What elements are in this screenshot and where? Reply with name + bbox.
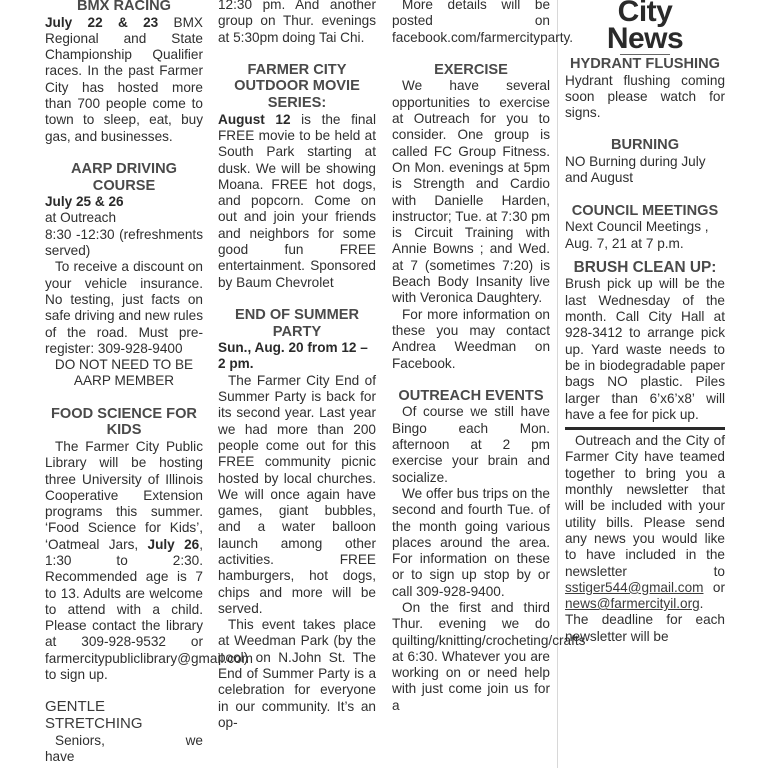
heading-gentle-stretching: GENTLE STRETCHING [45, 699, 203, 732]
stretching-continued: 12:30 pm. And another group on Thur. eve… [218, 0, 376, 46]
movie-body: August 12 is the final FREE movie to be … [218, 112, 376, 291]
article-summer-party: END OF SUMMER PARTY Sun., Aug. 20 from 1… [218, 307, 376, 731]
aarp-date: July 25 & 26 [45, 194, 203, 210]
article-newsletter: Outreach and the City of Farmer City hav… [565, 433, 725, 645]
column-4: City News HYDRANT FLUSHING Hydrant flush… [565, 0, 725, 645]
article-aarp-driving: AARP DRIVING COURSE July 25 & 26 at Outr… [45, 161, 203, 390]
newsletter-body: Outreach and the City of Farmer City hav… [565, 433, 725, 645]
article-brush-clean-up: BRUSH CLEAN UP: Brush pick up will be th… [565, 260, 725, 423]
article-bmx-racing: BMX RACING July 22 & 23 BMX Regional and… [45, 0, 203, 145]
party-date: Sun., Aug. 20 from 12 – 2 pm. [218, 340, 376, 373]
stretching-body: Seniors, we have [45, 733, 203, 766]
heading-council-meetings: COUNCIL MEETINGS [565, 203, 725, 220]
article-hydrant-flushing: HYDRANT FLUSHING Hydrant flushing coming… [565, 56, 725, 121]
city-news-title-line2: News [565, 25, 725, 52]
article-council-meetings: COUNCIL MEETINGS Next Council Meetings ,… [565, 203, 725, 252]
column-divider [557, 0, 558, 768]
column-2: 12:30 pm. And another group on Thur. eve… [218, 0, 376, 731]
heading-bmx-racing: BMX RACING [45, 0, 203, 15]
party-continued: More details will be posted on facebook.… [392, 0, 550, 46]
article-burning: BURNING NO Burning during July and Augus… [565, 137, 725, 186]
exercise-body-2: For more information on these you may co… [392, 307, 550, 372]
article-food-science: FOOD SCIENCE FOR KIDS The Farmer City Pu… [45, 406, 203, 684]
article-exercise: EXERCISE We have several opportunities t… [392, 62, 550, 372]
heading-exercise: EXERCISE [392, 62, 550, 79]
article-outreach-events: OUTREACH EVENTS Of course we still have … [392, 388, 550, 714]
aarp-time: 8:30 -12:30 (refreshments served) [45, 227, 203, 260]
article-outdoor-movie: FARMER CITY OUTDOOR MOVIE SERIES: August… [218, 62, 376, 291]
email-link-news[interactable]: news@farmercityil.org [565, 596, 700, 611]
aarp-location: at Outreach [45, 210, 203, 226]
hydrant-body: Hydrant flushing coming soon please watc… [565, 73, 725, 122]
council-body: Next Council Meetings , Aug. 7, 21 at 7 … [565, 219, 725, 252]
outreach-body-3: On the first and third Thur. evening we … [392, 600, 550, 714]
bmx-date: July 22 & 23 [45, 15, 158, 30]
outreach-body-2: We offer bus trips on the second and fou… [392, 486, 550, 600]
article-gentle-stretching: GENTLE STRETCHING Seniors, we have [45, 699, 203, 765]
newsletter-page: BMX RACING July 22 & 23 BMX Regional and… [0, 0, 768, 768]
food-science-body: The Farmer City Public Library will be h… [45, 439, 203, 683]
party-body-2: This event takes place at Weedman Park (… [218, 617, 376, 731]
email-link-sstiger[interactable]: sstiger544@gmail.com [565, 580, 703, 595]
exercise-body-1: We have several opportunities to exercis… [392, 78, 550, 306]
aarp-note: DO NOT NEED TO BE AARP MEMBER [45, 357, 203, 390]
bmx-body: July 22 & 23 BMX Regional and State Cham… [45, 15, 203, 145]
outreach-body-1: Of course we still have Bingo each Mon. … [392, 404, 550, 485]
heading-burning: BURNING [565, 137, 725, 154]
aarp-body: To receive a discount on your vehicle in… [45, 259, 203, 357]
heading-hydrant-flushing: HYDRANT FLUSHING [565, 56, 725, 73]
burning-body: NO Burning during July and August [565, 154, 725, 187]
heading-aarp-driving: AARP DRIVING COURSE [45, 161, 203, 194]
section-rule [565, 427, 725, 430]
brush-body: Brush pick up will be the last Wednesday… [565, 276, 725, 423]
column-3: More details will be posted on facebook.… [392, 0, 550, 714]
heading-outreach-events: OUTREACH EVENTS [392, 388, 550, 405]
heading-summer-party: END OF SUMMER PARTY [218, 307, 376, 340]
heading-outdoor-movie: FARMER CITY OUTDOOR MOVIE SERIES: [218, 62, 376, 112]
heading-brush-clean-up: BRUSH CLEAN UP: [565, 260, 725, 277]
heading-food-science: FOOD SCIENCE FOR KIDS [45, 406, 203, 439]
column-1: BMX RACING July 22 & 23 BMX Regional and… [45, 0, 203, 765]
party-body-1: The Farmer City End of Summer Party is b… [218, 373, 376, 617]
